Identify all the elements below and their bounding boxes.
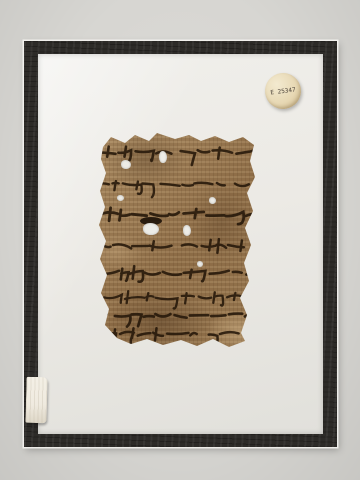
papyrus-hole: [209, 197, 216, 204]
papyrus-hole: [117, 195, 124, 201]
script-line: [100, 314, 256, 327]
papyrus-fragment: [97, 133, 257, 348]
script-line: [99, 328, 257, 346]
inventory-number-label: E 25347: [270, 86, 296, 96]
script-line: [99, 266, 257, 286]
corner-sticker: [25, 377, 47, 424]
glass-plate: [38, 54, 323, 434]
script-line: [104, 291, 250, 308]
papyrus-hole: [121, 160, 131, 169]
script-line: [100, 208, 257, 224]
papyrus-hole: [197, 261, 203, 267]
papyrus-hole: [159, 151, 167, 163]
script-line: [102, 239, 244, 253]
papyrus-hole: [143, 223, 159, 235]
photo-background: E 25347: [0, 0, 360, 480]
papyrus-hole: [183, 225, 191, 236]
